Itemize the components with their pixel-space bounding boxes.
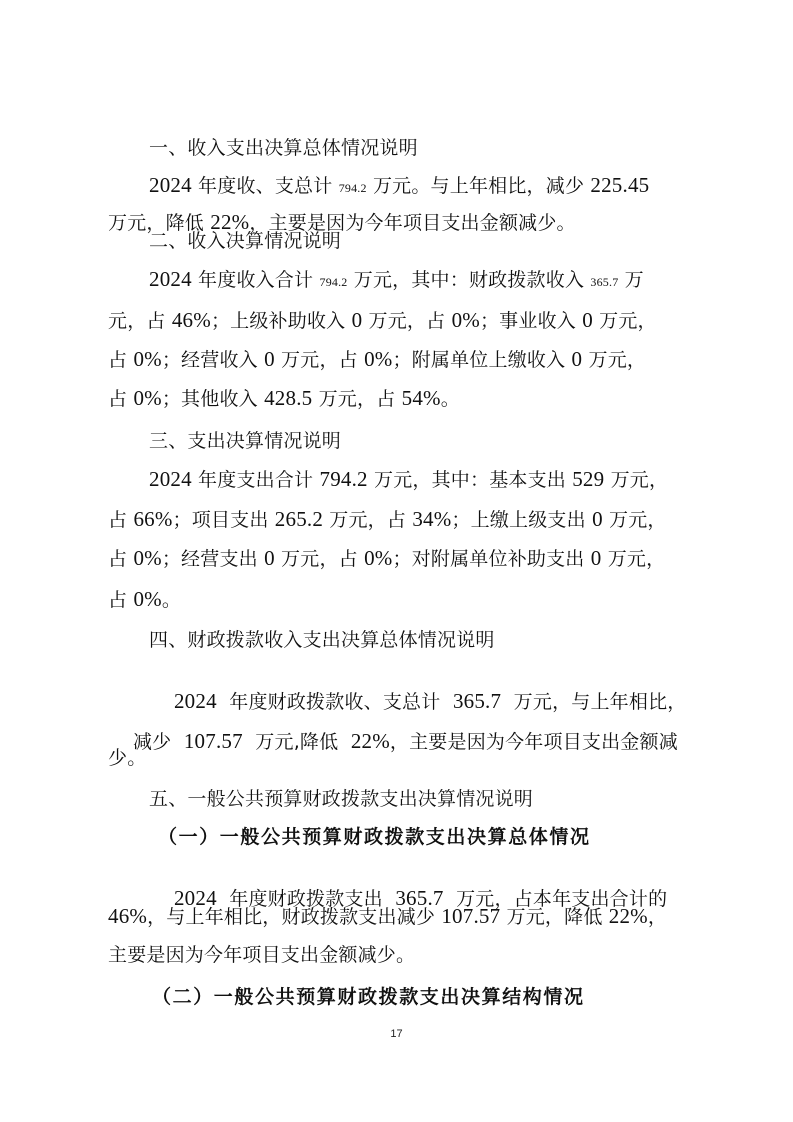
paragraph-line: 2024 年度支出合计 794.2 万元，其中：基本支出 529 万元， bbox=[149, 468, 689, 491]
value: 428.5 bbox=[264, 386, 312, 410]
paragraph-line: 少。 bbox=[108, 747, 688, 769]
text: 年度收、支总计 bbox=[192, 175, 339, 197]
value: 794.2 bbox=[339, 181, 367, 195]
value: 22% bbox=[609, 904, 648, 928]
value: 46% bbox=[108, 904, 147, 928]
value: 0% bbox=[133, 347, 161, 371]
text: 万元，其中：基本支出 bbox=[368, 469, 572, 491]
paragraph-line: 2024 年度收、支总计 794.2 万元。与上年相比，减少 225.45 bbox=[149, 174, 689, 199]
value: 0% bbox=[364, 546, 392, 570]
value: 0 bbox=[264, 546, 275, 570]
year: 2024 bbox=[149, 467, 192, 491]
text: 万元，占 bbox=[323, 509, 412, 531]
text: 万元， bbox=[601, 548, 665, 570]
paragraph-line: 占 0%；其他收入 428.5 万元，占 54%。 bbox=[108, 387, 688, 410]
value: 107.57 bbox=[441, 904, 500, 928]
text: 万元。与上年相比，减少 bbox=[367, 175, 591, 197]
value: 34% bbox=[412, 507, 451, 531]
value: 265.2 bbox=[275, 507, 323, 531]
page-number: 17 bbox=[0, 1028, 793, 1040]
value: 66% bbox=[133, 507, 172, 531]
section-heading-5: 五、一般公共预算财政拨款支出决算情况说明 bbox=[149, 788, 729, 810]
text: 万元， bbox=[603, 509, 667, 531]
paragraph-line: 2024 年度收入合计 794.2 万元，其中：财政拨款收入 365.7 万 bbox=[149, 268, 689, 293]
text: 万 bbox=[618, 269, 643, 291]
value: 0% bbox=[364, 347, 392, 371]
value: 54% bbox=[402, 386, 441, 410]
section-heading-1: 一、收入支出决算总体情况说明 bbox=[149, 137, 729, 159]
value: 794.2 bbox=[320, 275, 348, 289]
text: ， bbox=[648, 906, 667, 928]
value: 46% bbox=[172, 308, 211, 332]
paragraph-line: 占 66%；项目支出 265.2 万元，占 34%；上缴上级支出 0 万元， bbox=[108, 508, 688, 531]
value: 0 bbox=[582, 308, 593, 332]
text: 万元，其中：财政拨款收入 bbox=[348, 269, 591, 291]
value: 0 bbox=[592, 507, 603, 531]
subsection-heading-2: （二）一般公共预算财政拨款支出决算结构情况 bbox=[152, 986, 732, 1008]
paragraph-line: 占 0%；经营收入 0 万元，占 0%；附属单位上缴收入 0 万元， bbox=[108, 348, 688, 371]
text: ；附属单位上缴收入 bbox=[393, 349, 572, 371]
text: 万元，占 bbox=[275, 548, 364, 570]
text: 少。 bbox=[108, 747, 146, 769]
value: 0 bbox=[572, 347, 583, 371]
text: 万元， bbox=[593, 310, 657, 332]
text: 年度支出合计 bbox=[192, 469, 320, 491]
text: 元，占 bbox=[108, 310, 172, 332]
text: ；对附属单位补助支出 bbox=[393, 548, 591, 570]
text: 。 bbox=[441, 388, 460, 410]
text: 占 bbox=[108, 509, 133, 531]
section-heading-4: 四、财政拨款收入支出决算总体情况说明 bbox=[149, 629, 729, 651]
value: 0 bbox=[591, 546, 602, 570]
text: 万元，占 bbox=[362, 310, 451, 332]
text: 占 bbox=[108, 589, 133, 611]
value: 0 bbox=[352, 308, 363, 332]
value: 0% bbox=[133, 587, 161, 611]
text: ；其他收入 bbox=[162, 388, 264, 410]
value: 529 bbox=[572, 467, 604, 491]
year: 2024 bbox=[149, 267, 192, 291]
text: 万元，占 bbox=[275, 349, 364, 371]
text: 占 bbox=[108, 388, 133, 410]
text: ；上级补助收入 bbox=[211, 310, 352, 332]
text: ；事业收入 bbox=[480, 310, 582, 332]
year: 2024 bbox=[149, 173, 192, 197]
text: ；项目支出 bbox=[173, 509, 275, 531]
text: 万元，降低 bbox=[500, 906, 608, 928]
paragraph-line: 占 0%；经营支出 0 万元，占 0%；对附属单位补助支出 0 万元， bbox=[108, 547, 688, 570]
value: 0% bbox=[133, 386, 161, 410]
text: 万元，占 bbox=[312, 388, 401, 410]
value: 0 bbox=[264, 347, 275, 371]
text: 占 bbox=[108, 548, 133, 570]
text: 占 bbox=[108, 349, 133, 371]
text: 万元， bbox=[582, 349, 646, 371]
paragraph-line: 46%，与上年相比，财政拨款支出减少 107.57 万元，降低 22%， bbox=[108, 905, 688, 928]
value: 0% bbox=[452, 308, 480, 332]
section-heading-2: 二、收入决算情况说明 bbox=[149, 230, 729, 252]
text: 主要是因为今年项目支出金额减少。 bbox=[108, 944, 415, 966]
section-heading-3: 三、支出决算情况说明 bbox=[149, 430, 729, 452]
text: ；上缴上级支出 bbox=[451, 509, 592, 531]
subsection-heading-1: （一）一般公共预算财政拨款支出决算总体情况 bbox=[158, 826, 738, 848]
text: 年度收入合计 bbox=[192, 269, 320, 291]
document-page: 一、收入支出决算总体情况说明 2024 年度收、支总计 794.2 万元。与上年… bbox=[0, 0, 793, 1122]
value: 0% bbox=[133, 546, 161, 570]
value: 794.2 bbox=[320, 467, 368, 491]
text: ；经营支出 bbox=[162, 548, 264, 570]
paragraph-line: 元，占 46%；上级补助收入 0 万元，占 0%；事业收入 0 万元， bbox=[108, 309, 688, 332]
value: 225.45 bbox=[590, 173, 649, 197]
value: 365.7 bbox=[590, 275, 618, 289]
paragraph-line: 占 0%。 bbox=[108, 588, 688, 611]
text: ，与上年相比，财政拨款支出减少 bbox=[147, 906, 441, 928]
text: 万元， bbox=[604, 469, 668, 491]
text: 。 bbox=[162, 589, 181, 611]
text: ；经营收入 bbox=[162, 349, 264, 371]
paragraph-line: 主要是因为今年项目支出金额减少。 bbox=[108, 944, 688, 966]
